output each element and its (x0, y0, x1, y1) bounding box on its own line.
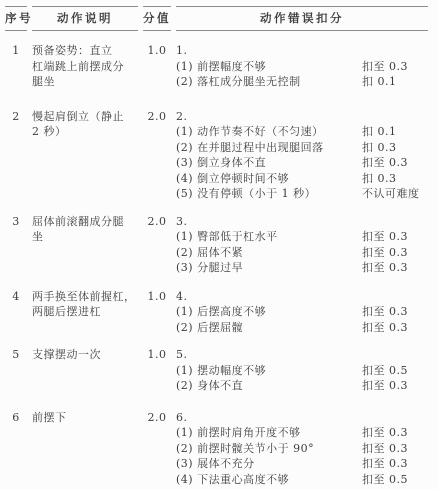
error-item: (1) 摆动幅度不够 扣至 0.5 (176, 363, 428, 379)
error-deduction: 扣 0.1 (362, 124, 428, 140)
error-text: (2) 落杠成分腿坐无控制 (176, 74, 362, 90)
score-value: 1.0 (143, 276, 171, 336)
error-deduction: 扣至 0.3 (362, 378, 428, 394)
error-group-number: 1. (176, 43, 428, 59)
error-deduction: 扣至 0.3 (362, 456, 428, 472)
table-row: 5 支撑摆动一次 1.0 5. (1) 摆动幅度不够 扣至 0.5 (2) 身体… (5, 335, 428, 394)
action-description: 预备姿势：直立 杠端跳上前摆成分 腿坐 (32, 31, 138, 90)
error-group-number-text: 1. (176, 43, 428, 59)
error-item: (3) 分腿过早 扣至 0.3 (176, 260, 428, 276)
error-group-number: 5. (176, 347, 428, 363)
error-text: (2) 身体不直 (176, 378, 362, 394)
table-row: 1 预备姿势：直立 杠端跳上前摆成分 腿坐 1.0 1. (1) 前摆幅度不够 … (5, 31, 428, 90)
error-deduction: 扣至 0.3 (362, 304, 428, 320)
header-errors: 动作错误扣分 (176, 6, 428, 31)
error-text: (4) 下法重心高度不够 (176, 472, 362, 488)
error-text: (1) 摆动幅度不够 (176, 363, 362, 379)
error-item: (4) 倒立停顿时间不够 扣 0.3 (176, 171, 428, 187)
error-deduction: 扣 0.1 (362, 74, 428, 90)
action-description: 屈体前滚翻成分腿 坐 (32, 202, 138, 276)
error-item: (2) 身体不直 扣至 0.3 (176, 378, 428, 394)
error-deduction: 扣至 0.3 (362, 155, 428, 171)
error-text: (3) 分腿过早 (176, 260, 362, 276)
error-item: (1) 前摆时肩角开度不够 扣至 0.3 (176, 425, 428, 441)
error-item: (1) 前摆幅度不够 扣至 0.3 (176, 59, 428, 75)
error-deduction: 扣至 0.5 (362, 363, 428, 379)
error-item: (2) 落杠成分腿坐无控制 扣 0.1 (176, 74, 428, 90)
error-deduction: 扣至 0.5 (362, 472, 428, 488)
header-score: 分值 (143, 6, 171, 31)
error-text: (2) 后摆屈髋 (176, 320, 362, 336)
error-item: (1) 后摆高度不够 扣至 0.3 (176, 304, 428, 320)
score-value: 1.0 (143, 335, 171, 394)
row-number: 3 (5, 202, 27, 276)
error-deduction: 扣至 0.3 (362, 260, 428, 276)
error-deduction: 扣至 0.3 (362, 245, 428, 261)
error-group-number-text: 4. (176, 289, 428, 305)
error-group-number-text: 6. (176, 410, 428, 426)
error-text: (2) 屈体不紧 (176, 245, 362, 261)
error-text: (2) 在并腿过程中出现腿回落 (176, 140, 362, 156)
error-text: (1) 后摆高度不够 (176, 304, 362, 320)
action-description: 前摆下 (32, 394, 138, 489)
error-group: 5. (1) 摆动幅度不够 扣至 0.5 (2) 身体不直 扣至 0.3 (176, 335, 428, 394)
error-text: (1) 臀部低于杠水平 (176, 229, 362, 245)
error-group-number: 4. (176, 289, 428, 305)
error-group: 3. (1) 臀部低于杠水平 扣至 0.3 (2) 屈体不紧 扣至 0.3 (3… (176, 202, 428, 276)
error-item: (2) 后摆屈髋 扣至 0.3 (176, 320, 428, 336)
error-group-number: 3. (176, 214, 428, 230)
error-text: (4) 倒立停顿时间不够 (176, 171, 362, 187)
row-number: 6 (5, 394, 27, 489)
action-description: 慢起肩倒立（静止 2 秒） (32, 90, 138, 202)
table-row: 6 前摆下 2.0 6. (1) 前摆时肩角开度不够 扣至 0.3 (2) 前摆… (5, 394, 428, 489)
error-deduction: 扣至 0.3 (362, 441, 428, 457)
error-item: (5) 没有停顿（小于 1 秒） 不认可难度 (176, 186, 428, 202)
score-value: 2.0 (143, 394, 171, 489)
error-deduction: 扣至 0.3 (362, 425, 428, 441)
table-row: 3 屈体前滚翻成分腿 坐 2.0 3. (1) 臀部低于杠水平 扣至 0.3 (… (5, 202, 428, 276)
error-item: (4) 下法重心高度不够 扣至 0.5 (176, 472, 428, 488)
error-group: 6. (1) 前摆时肩角开度不够 扣至 0.3 (2) 前摆时髋关节小于 90°… (176, 394, 428, 489)
table-row: 2 慢起肩倒立（静止 2 秒） 2.0 2. (1) 动作节奏不好（不匀速） 扣… (5, 90, 428, 202)
error-deduction: 扣 0.3 (362, 171, 428, 187)
header-num: 序号 (5, 6, 27, 31)
error-group-number-text: 2. (176, 109, 428, 125)
error-text: (1) 前摆幅度不够 (176, 59, 362, 75)
row-number: 1 (5, 31, 27, 90)
error-group-number-text: 3. (176, 214, 428, 230)
error-item: (3) 倒立身体不直 扣至 0.3 (176, 155, 428, 171)
error-text: (1) 动作节奏不好（不匀速） (176, 124, 362, 140)
error-item: (2) 屈体不紧 扣至 0.3 (176, 245, 428, 261)
error-text: (5) 没有停顿（小于 1 秒） (176, 186, 362, 202)
error-item: (2) 在并腿过程中出现腿回落 扣 0.3 (176, 140, 428, 156)
error-item: (1) 臀部低于杠水平 扣至 0.3 (176, 229, 428, 245)
action-description: 两手换至体前握杠， 两腿后摆进杠 (32, 276, 138, 336)
row-number: 4 (5, 276, 27, 336)
scoring-table: 序号 动作说明 分值 动作错误扣分 1 预备姿势：直立 杠端跳上前摆成分 腿坐 … (0, 6, 433, 489)
row-number: 2 (5, 90, 27, 202)
error-text: (1) 前摆时肩角开度不够 (176, 425, 362, 441)
error-text: (2) 前摆时髋关节小于 90° (176, 441, 362, 457)
error-group: 1. (1) 前摆幅度不够 扣至 0.3 (2) 落杠成分腿坐无控制 扣 0.1 (176, 31, 428, 90)
error-deduction: 扣至 0.3 (362, 59, 428, 75)
score-value: 1.0 (143, 31, 171, 90)
error-item: (2) 前摆时髋关节小于 90° 扣至 0.3 (176, 441, 428, 457)
header-row: 序号 动作说明 分值 动作错误扣分 (5, 6, 428, 31)
error-group: 4. (1) 后摆高度不够 扣至 0.3 (2) 后摆屈髋 扣至 0.3 (176, 276, 428, 336)
error-group-number: 6. (176, 410, 428, 426)
header-description: 动作说明 (32, 6, 138, 31)
score-value: 2.0 (143, 202, 171, 276)
error-text: (3) 展体不充分 (176, 456, 362, 472)
error-group-number-text: 5. (176, 347, 428, 363)
error-text: (3) 倒立身体不直 (176, 155, 362, 171)
error-item: (1) 动作节奏不好（不匀速） 扣 0.1 (176, 124, 428, 140)
error-group-number: 2. (176, 109, 428, 125)
error-item: (3) 展体不充分 扣至 0.3 (176, 456, 428, 472)
row-number: 5 (5, 335, 27, 394)
score-value: 2.0 (143, 90, 171, 202)
error-deduction: 扣 0.3 (362, 140, 428, 156)
error-deduction: 扣至 0.3 (362, 229, 428, 245)
error-group: 2. (1) 动作节奏不好（不匀速） 扣 0.1 (2) 在并腿过程中出现腿回落… (176, 90, 428, 202)
error-deduction: 扣至 0.3 (362, 320, 428, 336)
table-row: 4 两手换至体前握杠， 两腿后摆进杠 1.0 4. (1) 后摆高度不够 扣至 … (5, 276, 428, 336)
error-deduction: 不认可难度 (362, 186, 428, 202)
action-description: 支撑摆动一次 (32, 335, 138, 394)
